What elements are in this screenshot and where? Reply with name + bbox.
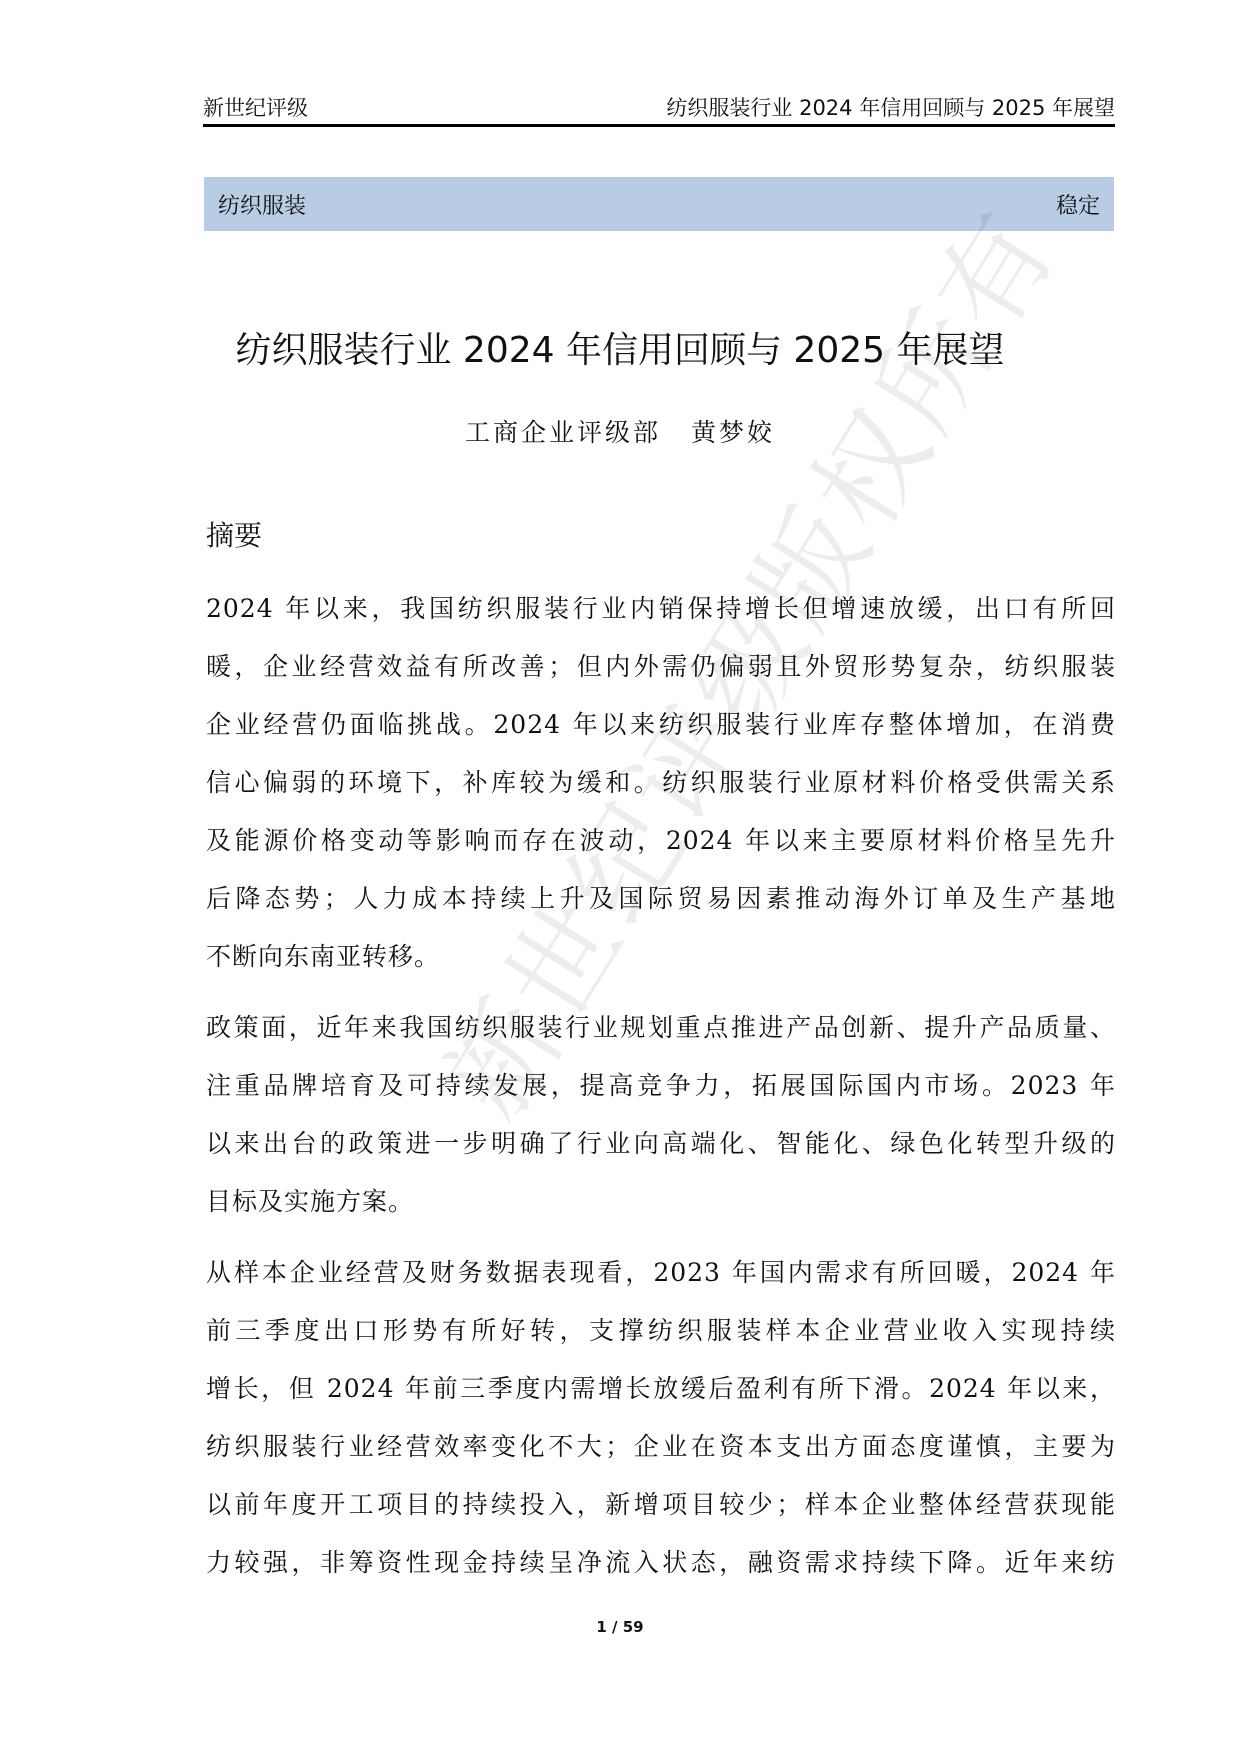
- paragraph: 从样本企业经营及财务数据表现看，2023 年国内需求有所回暖，2024 年 前三…: [206, 1244, 1116, 1592]
- text-line: 不断向东南亚转移。: [206, 928, 1116, 986]
- text-line: 增长，但 2024 年前三季度内需增长放缓后盈利有所下滑。2024 年以来，: [206, 1360, 1116, 1418]
- author-department: 工商企业评级部: [465, 418, 661, 447]
- paragraph: 政策面，近年来我国纺织服装行业规划重点推进产品创新、提升产品质量、 注重品牌培育…: [206, 999, 1116, 1231]
- outlook-label: 稳定: [1056, 189, 1100, 220]
- text-line: 纺织服装行业经营效率变化不大；企业在资本支出方面态度谨慎，主要为: [206, 1418, 1116, 1476]
- document-page: 新世纪评级 纺织服装行业 2024 年信用回顾与 2025 年展望 纺织服装 稳…: [0, 0, 1240, 1754]
- paragraph: 2024 年以来，我国纺织服装行业内销保持增长但增速放缓，出口有所回 暖，企业经…: [206, 580, 1116, 986]
- abstract-body: 2024 年以来，我国纺织服装行业内销保持增长但增速放缓，出口有所回 暖，企业经…: [206, 580, 1116, 1605]
- text-line: 力较强，非筹资性现金持续呈净流入状态，融资需求持续下降。近年来纺: [206, 1534, 1116, 1592]
- header-organization: 新世纪评级: [203, 96, 308, 120]
- text-line: 暖，企业经营效益有所改善；但内外需仍偏弱且外贸形势复杂，纺织服装: [206, 638, 1116, 696]
- running-header: 新世纪评级 纺织服装行业 2024 年信用回顾与 2025 年展望: [203, 88, 1115, 127]
- document-title: 纺织服装行业 2024 年信用回顾与 2025 年展望: [0, 322, 1240, 373]
- text-line: 及能源价格变动等影响而存在波动，2024 年以来主要原材料价格呈先升: [206, 812, 1116, 870]
- text-line: 政策面，近年来我国纺织服装行业规划重点推进产品创新、提升产品质量、: [206, 999, 1116, 1057]
- text-line: 企业经营仍面临挑战。2024 年以来纺织服装行业库存整体增加，在消费: [206, 696, 1116, 754]
- text-line: 以来出台的政策进一步明确了行业向高端化、智能化、绿色化转型升级的: [206, 1115, 1116, 1173]
- text-line: 2024 年以来，我国纺织服装行业内销保持增长但增速放缓，出口有所回: [206, 580, 1116, 638]
- text-line: 信心偏弱的环境下，补库较为缓和。纺织服装行业原材料价格受供需关系: [206, 754, 1116, 812]
- section-heading-abstract: 摘要: [206, 514, 262, 554]
- text-line: 注重品牌培育及可持续发展，提高竞争力，拓展国际国内市场。2023 年: [206, 1057, 1116, 1115]
- text-line: 以前年度开工项目的持续投入，新增项目较少；样本企业整体经营获现能: [206, 1476, 1116, 1534]
- text-line: 从样本企业经营及财务数据表现看，2023 年国内需求有所回暖，2024 年: [206, 1244, 1116, 1302]
- author-name: 黄梦姣: [691, 418, 775, 447]
- industry-outlook-bar: 纺织服装 稳定: [204, 177, 1114, 231]
- author-line: 工商企业评级部黄梦姣: [0, 413, 1240, 449]
- text-line: 后降态势；人力成本持续上升及国际贸易因素推动海外订单及生产基地: [206, 870, 1116, 928]
- text-line: 目标及实施方案。: [206, 1173, 1116, 1231]
- industry-label: 纺织服装: [218, 189, 306, 220]
- text-line: 前三季度出口形势有所好转，支撑纺织服装样本企业营业收入实现持续: [206, 1302, 1116, 1360]
- page-number: 1 / 59: [0, 1618, 1240, 1636]
- header-report-title: 纺织服装行业 2024 年信用回顾与 2025 年展望: [666, 96, 1115, 120]
